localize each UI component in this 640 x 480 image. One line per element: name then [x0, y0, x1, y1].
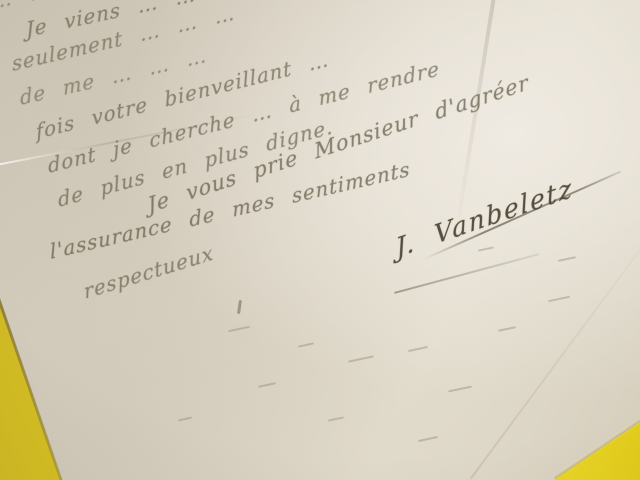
- letter-photograph: … … … … … Je viens … … … seulement … … ……: [0, 0, 640, 480]
